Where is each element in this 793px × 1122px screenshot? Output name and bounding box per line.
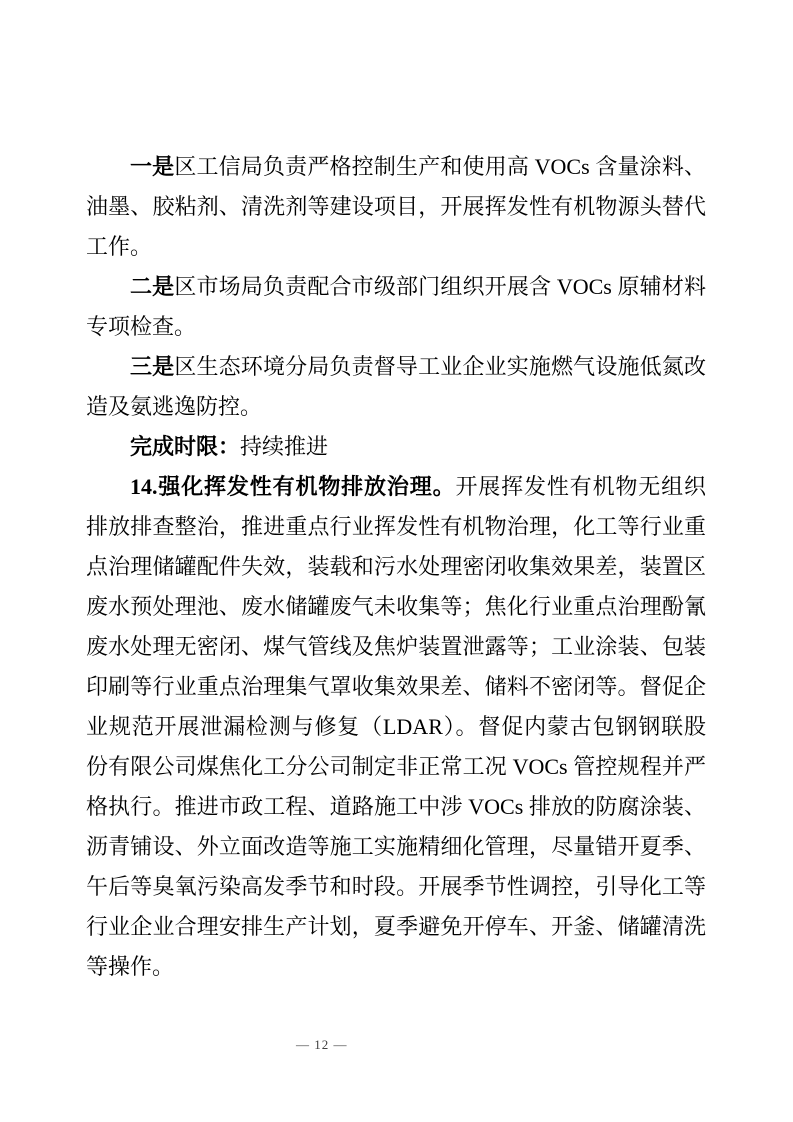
paragraph-text: 开展挥发性有机物无组织排放排查整治，推进重点行业挥发性有机物治理，化工等行业重点… [86, 474, 706, 979]
paragraph-text: 持续推进 [240, 434, 328, 459]
page-footer: — 12 — [296, 1036, 348, 1054]
paragraph-item-14: 14.强化挥发性有机物排放治理。开展挥发性有机物无组织排放排查整治，推进重点行业… [86, 467, 706, 987]
page-number: — 12 — [296, 1037, 348, 1052]
document-body: 一是区工信局负责严格控制生产和使用高 VOCs 含量涂料、油墨、胶粘剂、清洗剂等… [86, 147, 706, 987]
paragraph-text: 区工信局负责严格控制生产和使用高 VOCs 含量涂料、油墨、胶粘剂、清洗剂等建设… [86, 154, 706, 259]
paragraph-lead: 二是 [130, 274, 174, 299]
paragraph-lead: 完成时限： [130, 434, 240, 459]
paragraph-text: 区生态环境分局负责督导工业企业实施燃气设施低氮改造及氨逃逸防控。 [86, 354, 706, 419]
paragraph-lead: 14.强化挥发性有机物排放治理。 [130, 474, 455, 499]
paragraph-duty-3: 三是区生态环境分局负责督导工业企业实施燃气设施低氮改造及氨逃逸防控。 [86, 347, 706, 427]
paragraph-duty-2: 二是区市场局负责配合市级部门组织开展含 VOCs 原辅材料专项检查。 [86, 267, 706, 347]
paragraph-duty-1: 一是区工信局负责严格控制生产和使用高 VOCs 含量涂料、油墨、胶粘剂、清洗剂等… [86, 147, 706, 267]
document-page: 一是区工信局负责严格控制生产和使用高 VOCs 含量涂料、油墨、胶粘剂、清洗剂等… [0, 0, 793, 1122]
paragraph-text: 区市场局负责配合市级部门组织开展含 VOCs 原辅材料专项检查。 [86, 274, 706, 339]
paragraph-deadline: 完成时限：持续推进 [86, 427, 706, 467]
paragraph-lead: 一是 [130, 154, 174, 179]
paragraph-lead: 三是 [130, 354, 174, 379]
